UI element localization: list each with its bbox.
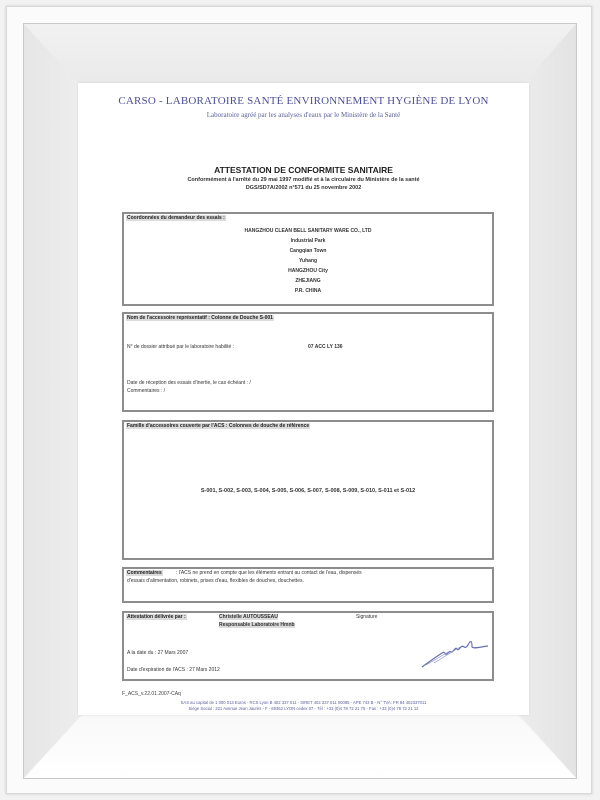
family-label: Famille d'accessoires couverte par l'ACS…: [126, 423, 310, 429]
applicant-line: Cangqian Town: [124, 248, 492, 254]
signature-icon: [420, 635, 492, 669]
attestation-subtitle-1: Conformément à l'arrêté du 29 mai 1997 m…: [118, 177, 489, 184]
frame-bevel-left: [24, 24, 86, 778]
product-series: S-001, S-002, S-003, S-004, S-005, S-006…: [124, 488, 492, 494]
applicant-line: HANGZHOU City: [124, 268, 492, 274]
applicant-line: ZHEJIANG: [124, 278, 492, 284]
frame-bevel-top: [24, 24, 576, 92]
expiry-date: Date d'expiration de l'ACS : 27 Mars 201…: [127, 667, 220, 673]
file-number: 07 ACC LY 136: [308, 344, 343, 350]
accessory-comments-label: Commentaires : /: [127, 388, 165, 394]
comments-text-2: d'essais d'alimentation, robinets, prise…: [127, 578, 304, 584]
issuance-box: Attestation délivrée par : Christelle AU…: [122, 611, 494, 681]
applicant-label: Coordonnées du demandeur des essais :: [126, 215, 226, 221]
applicant-box: Coordonnées du demandeur des essais : HA…: [122, 212, 494, 306]
document-reference: F_ACS_v.22.01.2007-CAq: [122, 691, 181, 697]
issuer-name: Christelle AUTOUSSEAU: [219, 614, 278, 620]
applicant-line: HANGZHOU CLEAN BELL SANITARY WARE CO., L…: [124, 228, 492, 234]
footer-line-1: SAS au capital de 1 000 013 Euros - RCS …: [78, 700, 529, 705]
file-number-label: N° de dossier attribué par le laboratoir…: [127, 344, 234, 350]
attestation-subtitle-2: DGS/SD7A/2002 n°571 du 25 novembre 2002: [118, 185, 489, 192]
applicant-line: Yuhang: [124, 258, 492, 264]
applicant-line: Industrial Park: [124, 238, 492, 244]
issued-date: A la date du : 27 Mars 2007: [127, 650, 188, 656]
applicant-line: P.R. CHINA: [124, 288, 492, 294]
accessory-label: Nom de l'accessoire représentatif : Colo…: [126, 315, 274, 321]
attestation-title: ATTESTATION DE CONFORMITE SANITAIRE: [78, 165, 529, 175]
lab-title: CARSO - LABORATOIRE SANTÉ ENVIRONNEMENT …: [78, 95, 529, 107]
issuer-role: Responsable Laboratoire Hmnb: [219, 622, 295, 628]
certificate-document: CARSO - LABORATOIRE SANTÉ ENVIRONNEMENT …: [78, 83, 529, 715]
accessory-box: Nom de l'accessoire représentatif : Colo…: [122, 312, 494, 412]
footer-line-2: Siège Social : 321 Avenue Jean Jaurès - …: [78, 706, 529, 711]
signature-label: Signature: [356, 614, 377, 620]
comments-label: Commentaires: [126, 570, 163, 576]
comments-text-1: : l'ACS ne prend en compte que les éléme…: [176, 570, 362, 576]
comments-box: Commentaires : l'ACS ne prend en compte …: [122, 567, 494, 603]
lab-subtitle: Laboratoire agréé par les analyses d'eau…: [78, 111, 529, 119]
issued-by-label: Attestation délivrée par :: [126, 614, 187, 620]
reception-date-label: Date de réception des essais d'inertie, …: [127, 380, 251, 386]
frame-bevel-bottom: [24, 712, 576, 778]
family-box: Famille d'accessoires couverte par l'ACS…: [122, 420, 494, 560]
